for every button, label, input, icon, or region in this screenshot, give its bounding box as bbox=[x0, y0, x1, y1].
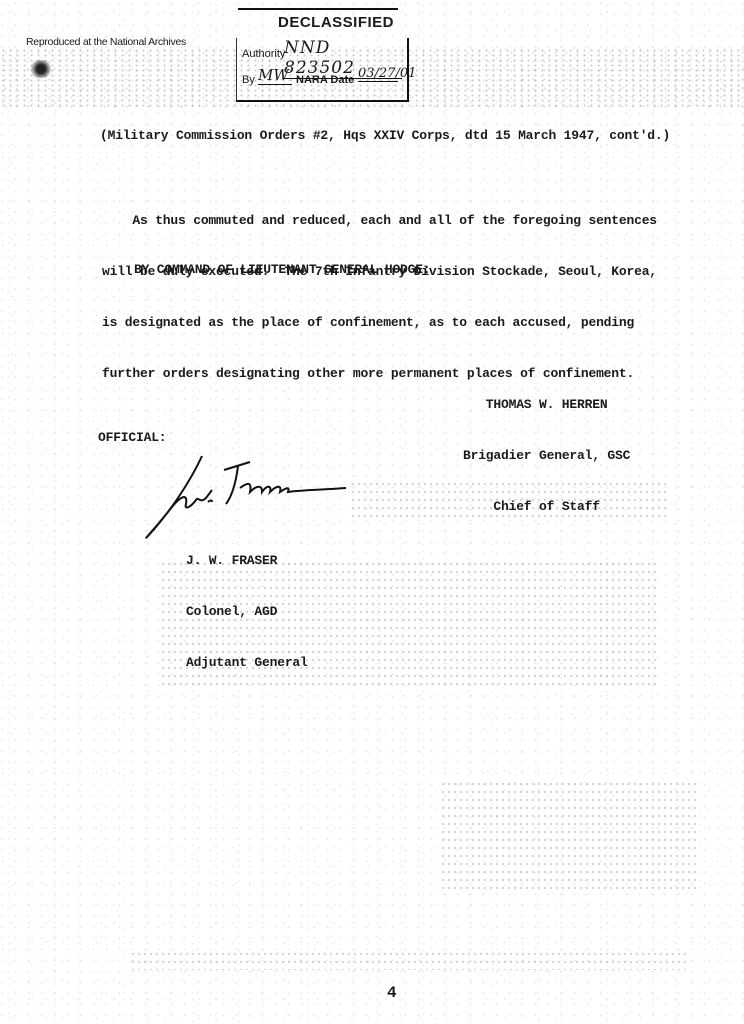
declassified-stamp: DECLASSIFIED Authority NND 823502 By MW … bbox=[236, 8, 408, 92]
official-label: OFFICIAL: bbox=[98, 430, 166, 445]
by-label: By bbox=[242, 74, 255, 86]
ink-blot bbox=[30, 60, 52, 78]
archives-label: Reproduced at the National Archives bbox=[26, 36, 186, 48]
bleed-through-text bbox=[160, 560, 660, 690]
signatory-rank: Brigadier General, GSC bbox=[463, 447, 630, 464]
stamp-title: DECLASSIFIED bbox=[278, 14, 394, 31]
bleed-through-text bbox=[350, 480, 670, 520]
signatory-name: THOMAS W. HERREN bbox=[463, 396, 630, 413]
by-value: MW bbox=[258, 66, 292, 85]
page-number: 4 bbox=[387, 984, 397, 1002]
paragraph-line: is designated as the place of confinemen… bbox=[102, 314, 657, 331]
command-line: BY COMMAND OF LIEUTENANT GENERAL HODGE: bbox=[134, 262, 430, 277]
authority-label: Authority bbox=[242, 48, 285, 60]
document-heading: (Military Commission Orders #2, Hqs XXIV… bbox=[100, 128, 670, 143]
bleed-through-text bbox=[130, 950, 690, 970]
bleed-through-text bbox=[440, 780, 700, 890]
paragraph-line: As thus commuted and reduced, each and a… bbox=[102, 212, 657, 229]
nara-date-value: 03/27/01 bbox=[358, 66, 398, 82]
nara-date-label: NARA Date bbox=[296, 74, 354, 86]
stamp-top-rule bbox=[238, 8, 398, 10]
